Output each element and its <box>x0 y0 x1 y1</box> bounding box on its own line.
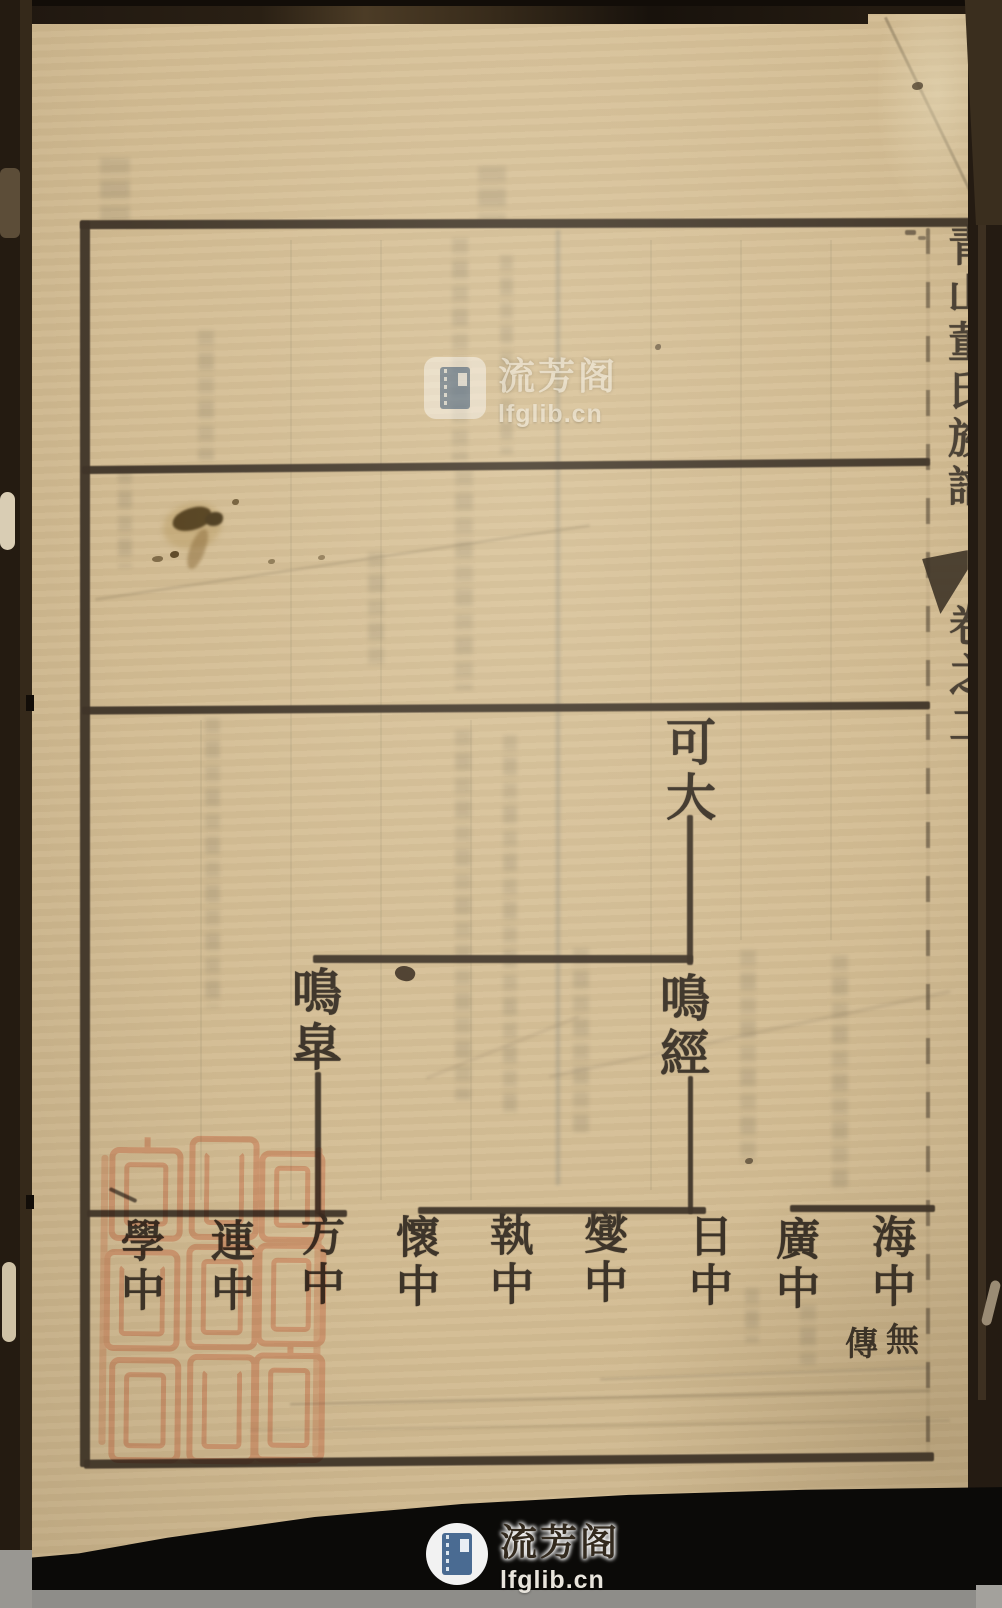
seal-glyph <box>189 1136 260 1241</box>
ghost-text-column <box>455 730 471 1100</box>
ghost-text-column <box>573 948 589 1133</box>
frame-tick <box>905 230 916 235</box>
note-char: 無 <box>886 1314 919 1361</box>
stain-dot <box>318 555 325 560</box>
frame-tick <box>918 236 926 240</box>
seal-glyph <box>103 1249 180 1352</box>
watermark: 流芳阁 lfglib.cn <box>424 346 618 429</box>
paper-crease <box>250 1419 950 1432</box>
ghost-text-column <box>100 158 130 222</box>
book-icon <box>426 1523 488 1585</box>
ghost-text-column <box>800 1305 816 1365</box>
tree-stem-mingjing <box>688 1076 693 1214</box>
tree-sibling-bar-right <box>790 1205 935 1212</box>
paper-crease <box>425 1015 579 1080</box>
seal-glyph <box>108 1357 181 1464</box>
descendant-name: 廣中 <box>771 1216 815 1314</box>
stain-dot <box>268 559 275 564</box>
binding-stitch <box>26 695 34 711</box>
ghost-grid-line <box>830 240 832 940</box>
red-seal-stamp <box>98 1125 324 1467</box>
corner-crease <box>884 17 974 198</box>
left-edge-paper-glint <box>2 1262 16 1342</box>
ancestor-name-gen2-right: 鳴經 <box>656 972 706 1082</box>
ancestor-name-gen1: 可大 <box>662 716 712 826</box>
tree-sibling-bar-middle <box>418 1207 706 1214</box>
book-icon <box>424 357 486 419</box>
corner-light-patch <box>878 14 978 209</box>
ghost-text-column <box>198 330 214 460</box>
ghost-text-column <box>740 950 756 1165</box>
ghost-text-column <box>503 735 517 1115</box>
paper-crease <box>600 1366 930 1381</box>
ghost-grid-line <box>380 240 382 1200</box>
frame-divider-1 <box>82 458 930 474</box>
frame-divider-2 <box>82 701 930 714</box>
descendant-name: 燮中 <box>579 1210 623 1308</box>
seal-glyph <box>109 1147 184 1242</box>
book-icon-glyph <box>442 1533 472 1575</box>
right-edge-streak <box>978 200 986 1400</box>
frame-top-line <box>80 218 992 229</box>
ghost-text-column <box>455 470 473 690</box>
ghost-text-column <box>205 718 220 1008</box>
watermark: 流芳阁 lfglib.cn <box>426 1512 620 1595</box>
scanner-background-corner <box>0 1550 32 1608</box>
paper-crease <box>549 990 951 1078</box>
paper-crease <box>290 1389 930 1405</box>
tree-sibling-bar-gen2 <box>313 955 693 963</box>
ghost-text-column <box>832 955 848 1190</box>
seal-glyph <box>186 1354 257 1465</box>
paper-background: 可大 鳴經 鳴皐 海中 廣中 日中 燮中 執中 懷中 方中 連中 學中 無 傳 … <box>0 0 1002 1608</box>
scan-edge-left-inner <box>20 0 32 1608</box>
scanned-page: 可大 鳴經 鳴皐 海中 廣中 日中 燮中 執中 懷中 方中 連中 學中 無 傳 … <box>0 0 1002 1608</box>
ink-blot <box>393 963 417 984</box>
descendant-name: 海中 <box>867 1214 911 1312</box>
ancestor-name-gen2-left: 鳴皐 <box>288 966 338 1076</box>
frame-left-line <box>80 221 90 1467</box>
watermark-site-url: lfglib.cn <box>498 400 618 429</box>
note-char: 傳 <box>845 1318 878 1365</box>
scanner-background-corner <box>976 1585 1002 1608</box>
descendant-name: 執中 <box>485 1212 529 1310</box>
stain-dot <box>745 1158 753 1164</box>
binding-stitch <box>26 1195 34 1209</box>
ghost-text-column <box>745 1288 759 1343</box>
seal-border <box>98 1155 108 1445</box>
stain-dot <box>170 551 179 558</box>
ghost-text-column <box>118 468 132 568</box>
seal-border <box>128 1457 298 1465</box>
stain-dot <box>152 556 163 562</box>
stain-dot <box>232 499 239 505</box>
frame-right-line <box>926 228 930 1458</box>
ghost-grid-line <box>650 240 652 1190</box>
no-descendants-note: 無 傳 <box>845 1314 919 1361</box>
stain-dot <box>912 82 923 90</box>
ghost-text-column <box>478 166 506 222</box>
seal-glyph <box>185 1244 258 1351</box>
descendant-name: 日中 <box>684 1213 728 1311</box>
ghost-grid-line <box>740 240 742 940</box>
scan-edge-top-dark <box>0 0 1002 6</box>
watermark-site-url: lfglib.cn <box>500 1566 620 1595</box>
watermark-site-name: 流芳阁 <box>500 1512 620 1566</box>
book-icon-glyph <box>440 367 470 409</box>
left-edge-highlight <box>0 168 20 238</box>
left-edge-paper-glint <box>0 492 15 550</box>
ghost-text-column <box>368 552 384 667</box>
tree-stem-kedar <box>687 815 693 965</box>
stain-dot <box>655 344 661 350</box>
descendant-name: 懷中 <box>391 1214 435 1312</box>
watermark-site-name: 流芳阁 <box>498 346 618 400</box>
